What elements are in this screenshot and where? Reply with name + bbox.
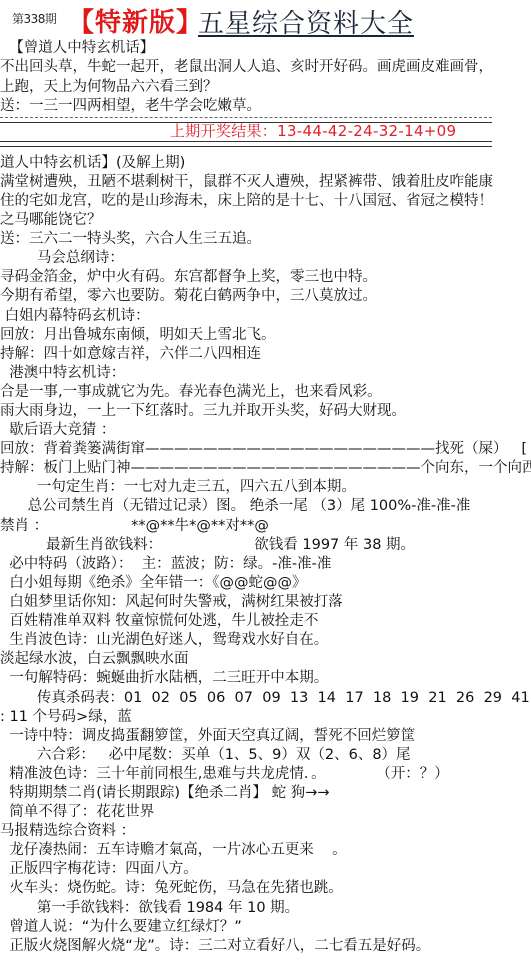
last-result-numbers: 13-44-42-24-32-14+09 — [277, 122, 456, 140]
text-line: 一句解特码：蜿蜒曲折水陆栖，二三旺开中本期。 — [0, 668, 328, 688]
section-heading: 白姐内幕特码玄机诗： — [0, 306, 150, 326]
text-line: 曾道人说：“为什么要建立红绿灯？” — [0, 917, 242, 937]
text-line: 必中特码（波路）： 主：蓝波；防：绿。-准-准-准 — [0, 554, 331, 574]
text-line: 精准波色诗：三十年前同根生,患难与共龙虎情．。 （开：？） — [0, 764, 449, 784]
text-line: 不出回头草，牛蛇一起开，老鼠出洞人人追、亥时开好码。画虎画皮难画骨， — [0, 57, 493, 77]
section-heading: 【曾道人中特玄机话】 — [0, 38, 154, 58]
text-line: 持解：四十如意嫁吉祥，六伴二八四相连 — [0, 344, 261, 364]
text-line: 回放：月出鲁城东南倾，明如天上雪北飞。 — [0, 325, 276, 345]
text-line: 之马哪能饶它？ — [0, 210, 102, 230]
text-line: 合是一事,一事成就它为先。春光春色满光上，也来看风彩。 — [0, 382, 382, 402]
text-line: 正版四字梅花诗：四面八方。 — [0, 859, 198, 879]
text-line: 火车头：烧伤蛇。诗：兔死蛇伤，马急在先猪也跳。 — [0, 878, 343, 898]
section-heading: 道人中特玄机话】(及解上期) — [0, 153, 185, 173]
text-line: 最新生肖欲钱料： 欲钱看 1997 年 38 期。 — [0, 535, 415, 555]
text-line: 寻码金箔金，炉中火有码。东宫都督争上奖，零三也中特。 — [0, 267, 377, 287]
text-line: 第一手欲钱料：欲钱看 1984 年 10 期。 — [0, 898, 299, 918]
text-line: 送：一三一四两相望，老牛学会吃嫩草。 — [0, 96, 261, 116]
page-title[interactable]: 五星综合资料大全 — [198, 3, 414, 40]
last-result: 上期开奖结果：13-44-42-24-32-14+09 — [170, 120, 456, 141]
text-line: 白小姐每期《绝杀》全年错一：《@@蛇@@》 — [0, 573, 306, 593]
text-line: 六合彩： 必中尾数：买单（1、5、9）双（2、6、8）尾 — [0, 745, 411, 765]
text-line: 淡起绿水波，白云飘飘映水面 — [0, 649, 189, 669]
text-line: 满堂树遭殃，丑陋不堪剩树干，鼠群不灭人遭殃，捏紧裤带、饿着肚皮咋能康 — [0, 172, 493, 192]
text-line: 回放：背着粪篓满街窜————————————————————找死（屎） [ ] — [0, 439, 531, 459]
edition-label: 【特新版】 — [68, 2, 203, 39]
text-line: 龙仔凑热闹：五车诗赡才氣高，一片冰心五更来 。 — [0, 840, 347, 860]
text-line: 百姓精准单双料 牧童惊慌何处逃，牛儿被拴走不 — [0, 611, 318, 631]
text-line: 一句定生肖：一七对九走三五，四六五八到本期。 — [0, 477, 356, 497]
text-line: 传真杀码表：01 02 05 06 07 09 13 14 17 18 19 2… — [0, 688, 530, 708]
section-heading: 歇后语大竞猜 ： — [0, 420, 115, 440]
last-result-label: 上期开奖结果： — [170, 122, 277, 140]
text-line: 雨大雨身边，一上一下红落时。三九并取开头奖，好码大财现。 — [0, 401, 406, 421]
text-line: 送：三六二一特头奖，六合人生三五追。 — [0, 229, 261, 249]
text-line: 特期期禁二肖(请长期跟踪)【绝杀二肖】 蛇 狗→→ — [0, 783, 330, 803]
text-line: 禁肖 ： **@**牛*@**对**@ — [0, 516, 269, 536]
text-line: 今期有希望，零六也要防。菊花白鹤两争中，三八莫放过。 — [0, 286, 377, 306]
section-heading: 马会总纲诗： — [0, 248, 124, 268]
section-heading: 马报精选综合资料 ： — [0, 821, 135, 841]
section-heading: 港澳中特玄机诗： — [0, 363, 125, 383]
text-line: 持解：板门上贴门神————————————————————个向东，一个向西[ ?… — [0, 458, 531, 478]
text-line: 住的宅如龙宫，吃的是山珍海未，床上陪的是十七、十八国冠、省冠之模特！ — [0, 191, 493, 211]
text-line: 正版火烧图解火烧“龙”。诗：三二对立看好八，二七看五是好码。 — [0, 936, 430, 956]
text-line: 一诗中特：调皮捣蛋翻箩筐，外面天空真辽阔，誓死不回烂箩筐 — [0, 726, 415, 746]
page-header: 第338期 【特新版】 五星综合资料大全 — [0, 0, 531, 40]
text-line: 上跑，天上为何物品六六看三到？ — [0, 77, 218, 97]
issue-number: 第338期 — [12, 10, 56, 27]
text-line: 简单不得了：花花世界 — [0, 802, 154, 822]
text-line: 白姐梦里话你知：风起何时失警戒，满树红果被打落 — [0, 592, 343, 612]
separator-bottom — [0, 141, 492, 147]
text-line: 生肖波色诗：山光湖色好迷人，鸳鸯戏水好自在。 — [0, 630, 328, 650]
text-line: : 11 个号码>绿，蓝 — [0, 707, 132, 727]
text-line: 总公司禁生肖（无错过记录）图。 绝杀一尾 （3）尾 100%-准-准-准 — [0, 496, 470, 516]
